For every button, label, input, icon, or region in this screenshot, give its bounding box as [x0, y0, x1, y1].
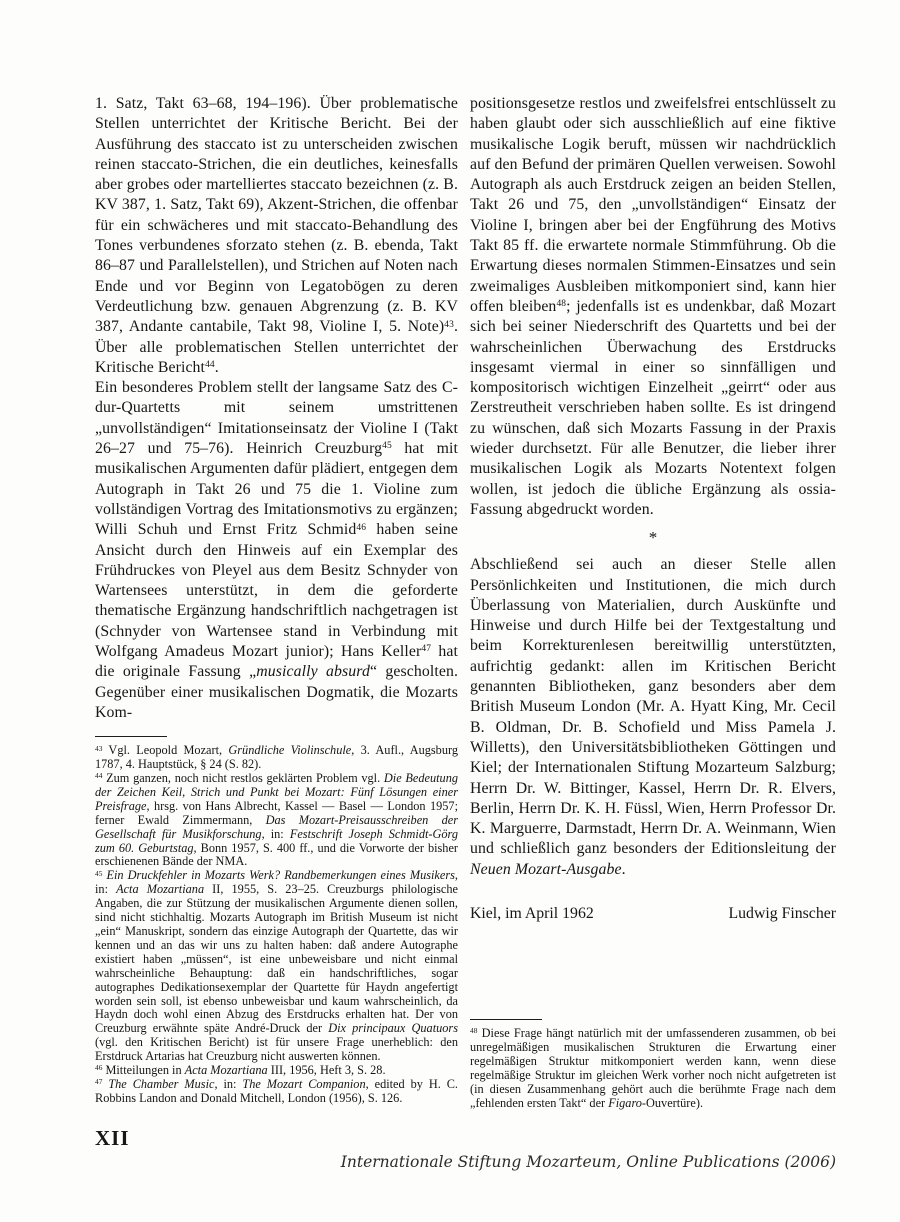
footnote-45: 45 Ein Druckfehler in Mozarts Werk? Rand… — [95, 869, 458, 1064]
footnotes-left: 43 Vgl. Leopold Mozart, Gründliche Violi… — [95, 744, 458, 1106]
signature-row: Kiel, im April 1962 Ludwig Finscher — [470, 904, 836, 924]
footnotes-right: 48 Diese Frage hängt natürlich mit der u… — [470, 1006, 836, 1110]
footnote-44: 44 Zum ganzen, noch nicht restlos geklär… — [95, 772, 458, 869]
paragraph-staccato: 1. Satz, Takt 63–68, 194–196). Über prob… — [95, 94, 458, 378]
left-column: 1. Satz, Takt 63–68, 194–196). Über prob… — [95, 94, 458, 1106]
right-column: positionsgesetze restlos und zweifelsfre… — [470, 94, 836, 924]
footnote-46: 46 Mitteilungen in Acta Mozartiana III, … — [95, 1064, 458, 1078]
signature-place-date: Kiel, im April 1962 — [470, 904, 594, 924]
paragraph-imitationseinsatz: Ein besonderes Problem stellt der langsa… — [95, 378, 458, 723]
footnote-separator-left — [95, 736, 167, 737]
paragraph-quellenbefund: positionsgesetze restlos und zweifelsfre… — [470, 94, 836, 520]
page-number: XII — [95, 1126, 130, 1151]
book-page: 1. Satz, Takt 63–68, 194–196). Über prob… — [0, 0, 900, 1222]
footnote-47: 47 The Chamber Music, in: The Mozart Com… — [95, 1078, 458, 1106]
paragraph-danksagung: Abschließend sei auch an dieser Stelle a… — [470, 555, 836, 880]
signature-name: Ludwig Finscher — [729, 904, 837, 924]
page-footer: Internationale Stiftung Mozarteum, Onlin… — [341, 1153, 836, 1171]
footnote-separator-right — [470, 1019, 542, 1020]
section-separator-asterisk: * — [470, 528, 836, 548]
footnote-43: 43 Vgl. Leopold Mozart, Gründliche Violi… — [95, 744, 458, 772]
footnote-48: 48 Diese Frage hängt natürlich mit der u… — [470, 1027, 836, 1110]
